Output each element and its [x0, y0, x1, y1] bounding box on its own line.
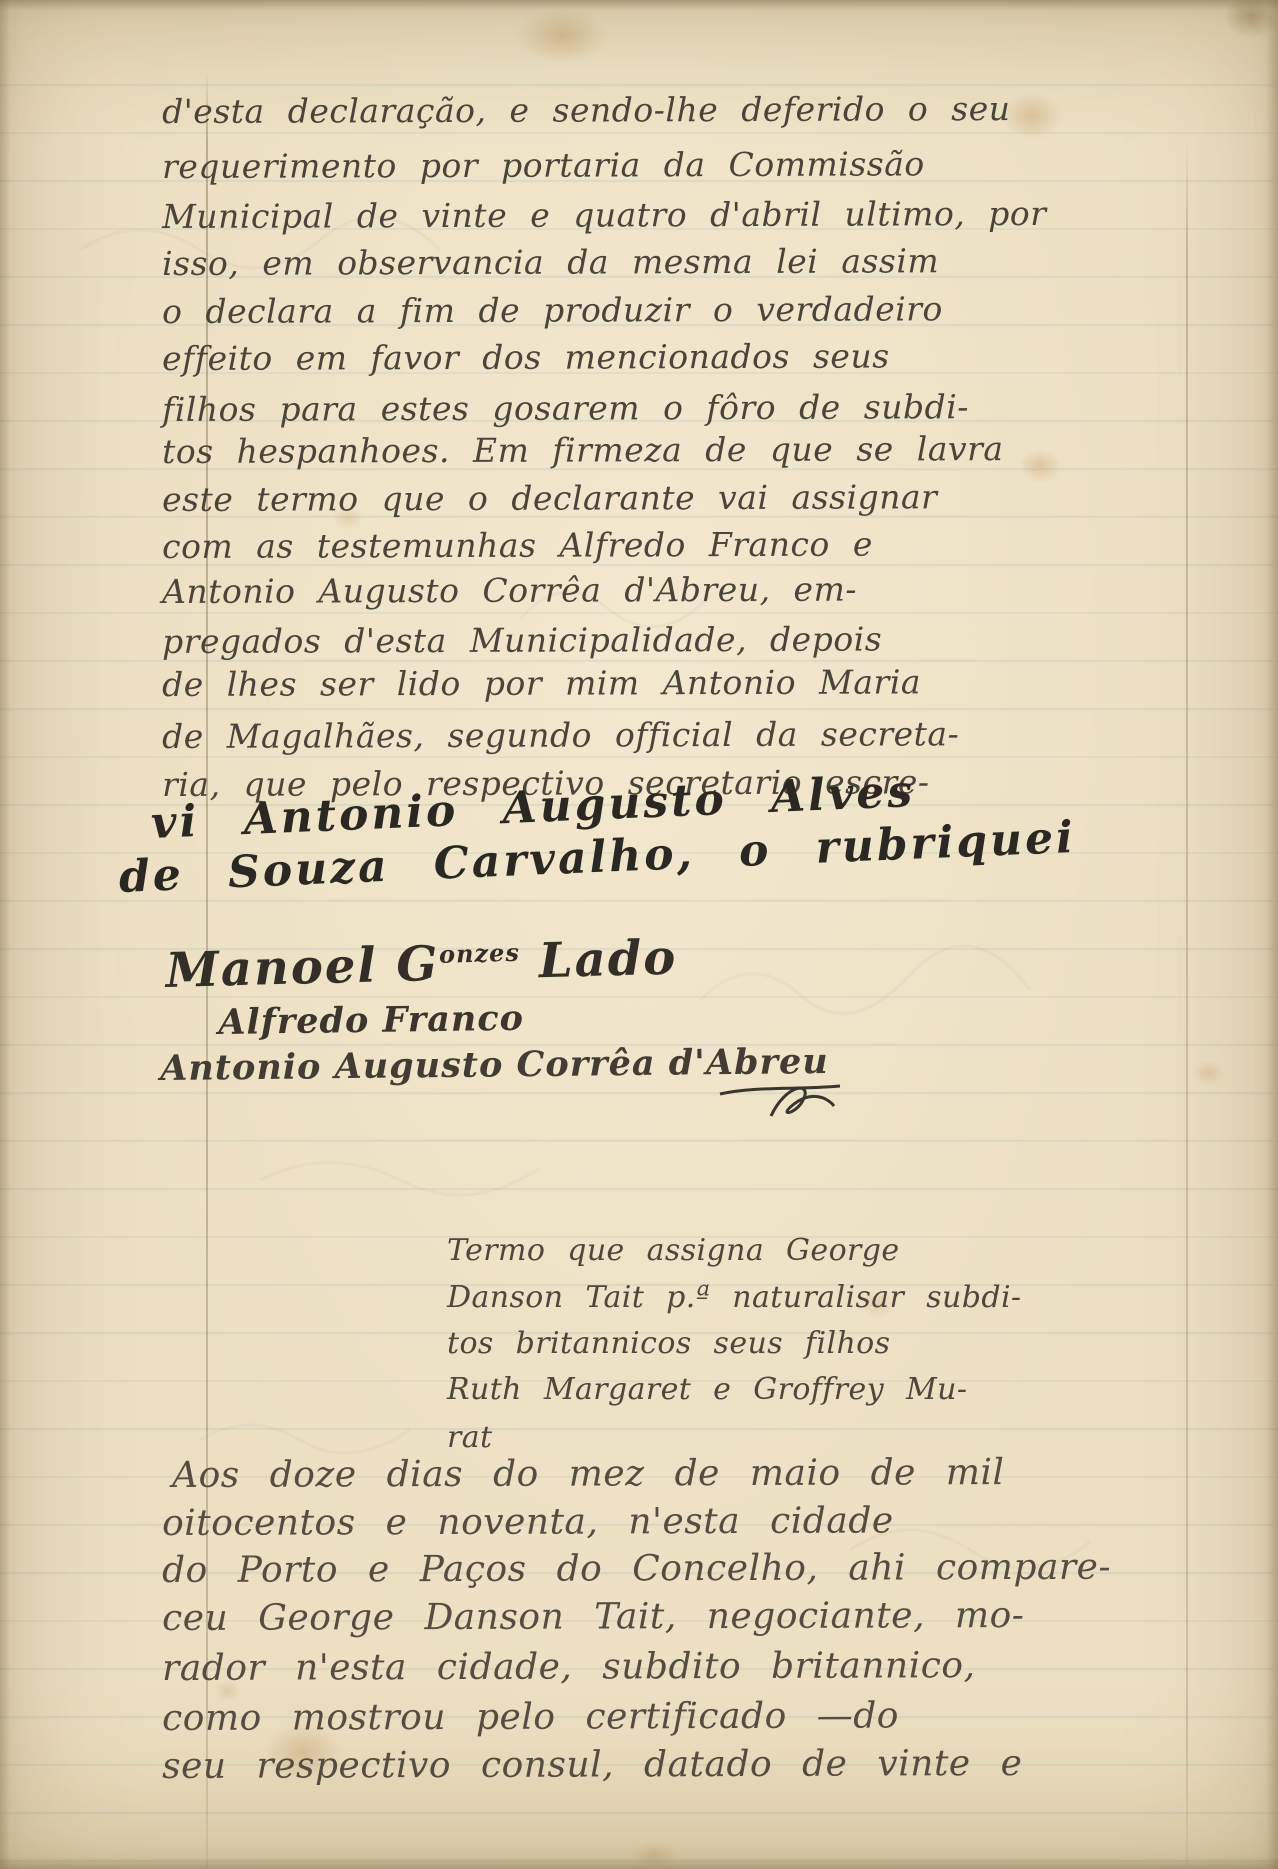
- rubric-flourish: [716, 1076, 846, 1124]
- signature-superscript: onzes: [439, 938, 521, 969]
- termo-heading-line: tos britannicos seus filhos: [447, 1326, 890, 1361]
- manuscript-line: de Magalhães, segundo official da secret…: [162, 714, 959, 756]
- manuscript-line: d'esta declaração, e sendo-lhe deferido …: [162, 89, 1011, 131]
- manuscript-line: pregados d'esta Municipalidade, depois: [162, 619, 882, 661]
- manuscript-line: Municipal de vinte e quatro d'abril ulti…: [162, 194, 1047, 236]
- stain: [1002, 92, 1062, 140]
- manuscript-line: isso, em observancia da mesma lei assim: [162, 241, 939, 283]
- stain: [1224, 0, 1278, 38]
- signature-manoel-gonzalez-lado: Manoel Gonzes Lado: [165, 930, 678, 999]
- manuscript-line: tos hespanhoes. Em firmeza de que se lav…: [162, 429, 1004, 471]
- stain: [515, 8, 610, 63]
- stain: [1018, 448, 1062, 484]
- manuscript-line: rador n'esta cidade, subdito britannico,: [162, 1645, 976, 1689]
- right-margin-line: [1186, 140, 1188, 1869]
- manuscript-line: ceu George Danson Tait, negociante, mo-: [162, 1595, 1024, 1639]
- signature-name-part: Manoel G: [165, 936, 440, 999]
- termo-heading-line: Termo que assigna George: [447, 1233, 900, 1268]
- signature-antonio-augusto-correa-dabreu: Antonio Augusto Corrêa d'Abreu: [160, 1041, 829, 1089]
- manuscript-line: de lhes ser lido por mim Antonio Maria: [162, 662, 921, 704]
- manuscript-line: Antonio Augusto Corrêa d'Abreu, em-: [162, 570, 857, 611]
- stain: [630, 1842, 678, 1868]
- manuscript-line: o declara a fim de produzir o verdadeiro: [162, 289, 943, 331]
- manuscript-line: com as testemunhas Alfredo Franco e: [162, 525, 873, 566]
- manuscript-line: requerimento por portaria da Commissão: [162, 144, 925, 186]
- signature-alfredo-franco: Alfredo Franco: [218, 998, 524, 1043]
- termo-heading-line: Danson Tait p.ª naturalisar subdi-: [447, 1280, 1021, 1315]
- stain: [1192, 1060, 1224, 1086]
- manuscript-line: seu respectivo consul, datado de vinte e: [162, 1743, 1023, 1787]
- manuscript-line: oitocentos e noventa, n'esta cidade: [162, 1500, 894, 1544]
- manuscript-page: d'esta declaração, e sendo-lhe deferido …: [0, 0, 1278, 1869]
- termo-heading-line: Ruth Margaret e Groffrey Mu-: [447, 1372, 967, 1407]
- signature-name-part: Lado: [519, 930, 678, 990]
- manuscript-line: este termo que o declarante vai assignar: [162, 477, 937, 519]
- manuscript-line: do Porto e Paços do Concelho, ahi compar…: [162, 1547, 1111, 1591]
- manuscript-line: filhos para estes gosarem o fôro de subd…: [162, 387, 969, 429]
- termo-heading-line: rat: [447, 1420, 492, 1455]
- manuscript-line: como mostrou pelo certificado —do: [162, 1695, 899, 1739]
- manuscript-line: Aos doze dias do mez de maio de mil: [172, 1452, 1005, 1496]
- manuscript-line: effeito em favor dos mencionados seus: [162, 336, 890, 378]
